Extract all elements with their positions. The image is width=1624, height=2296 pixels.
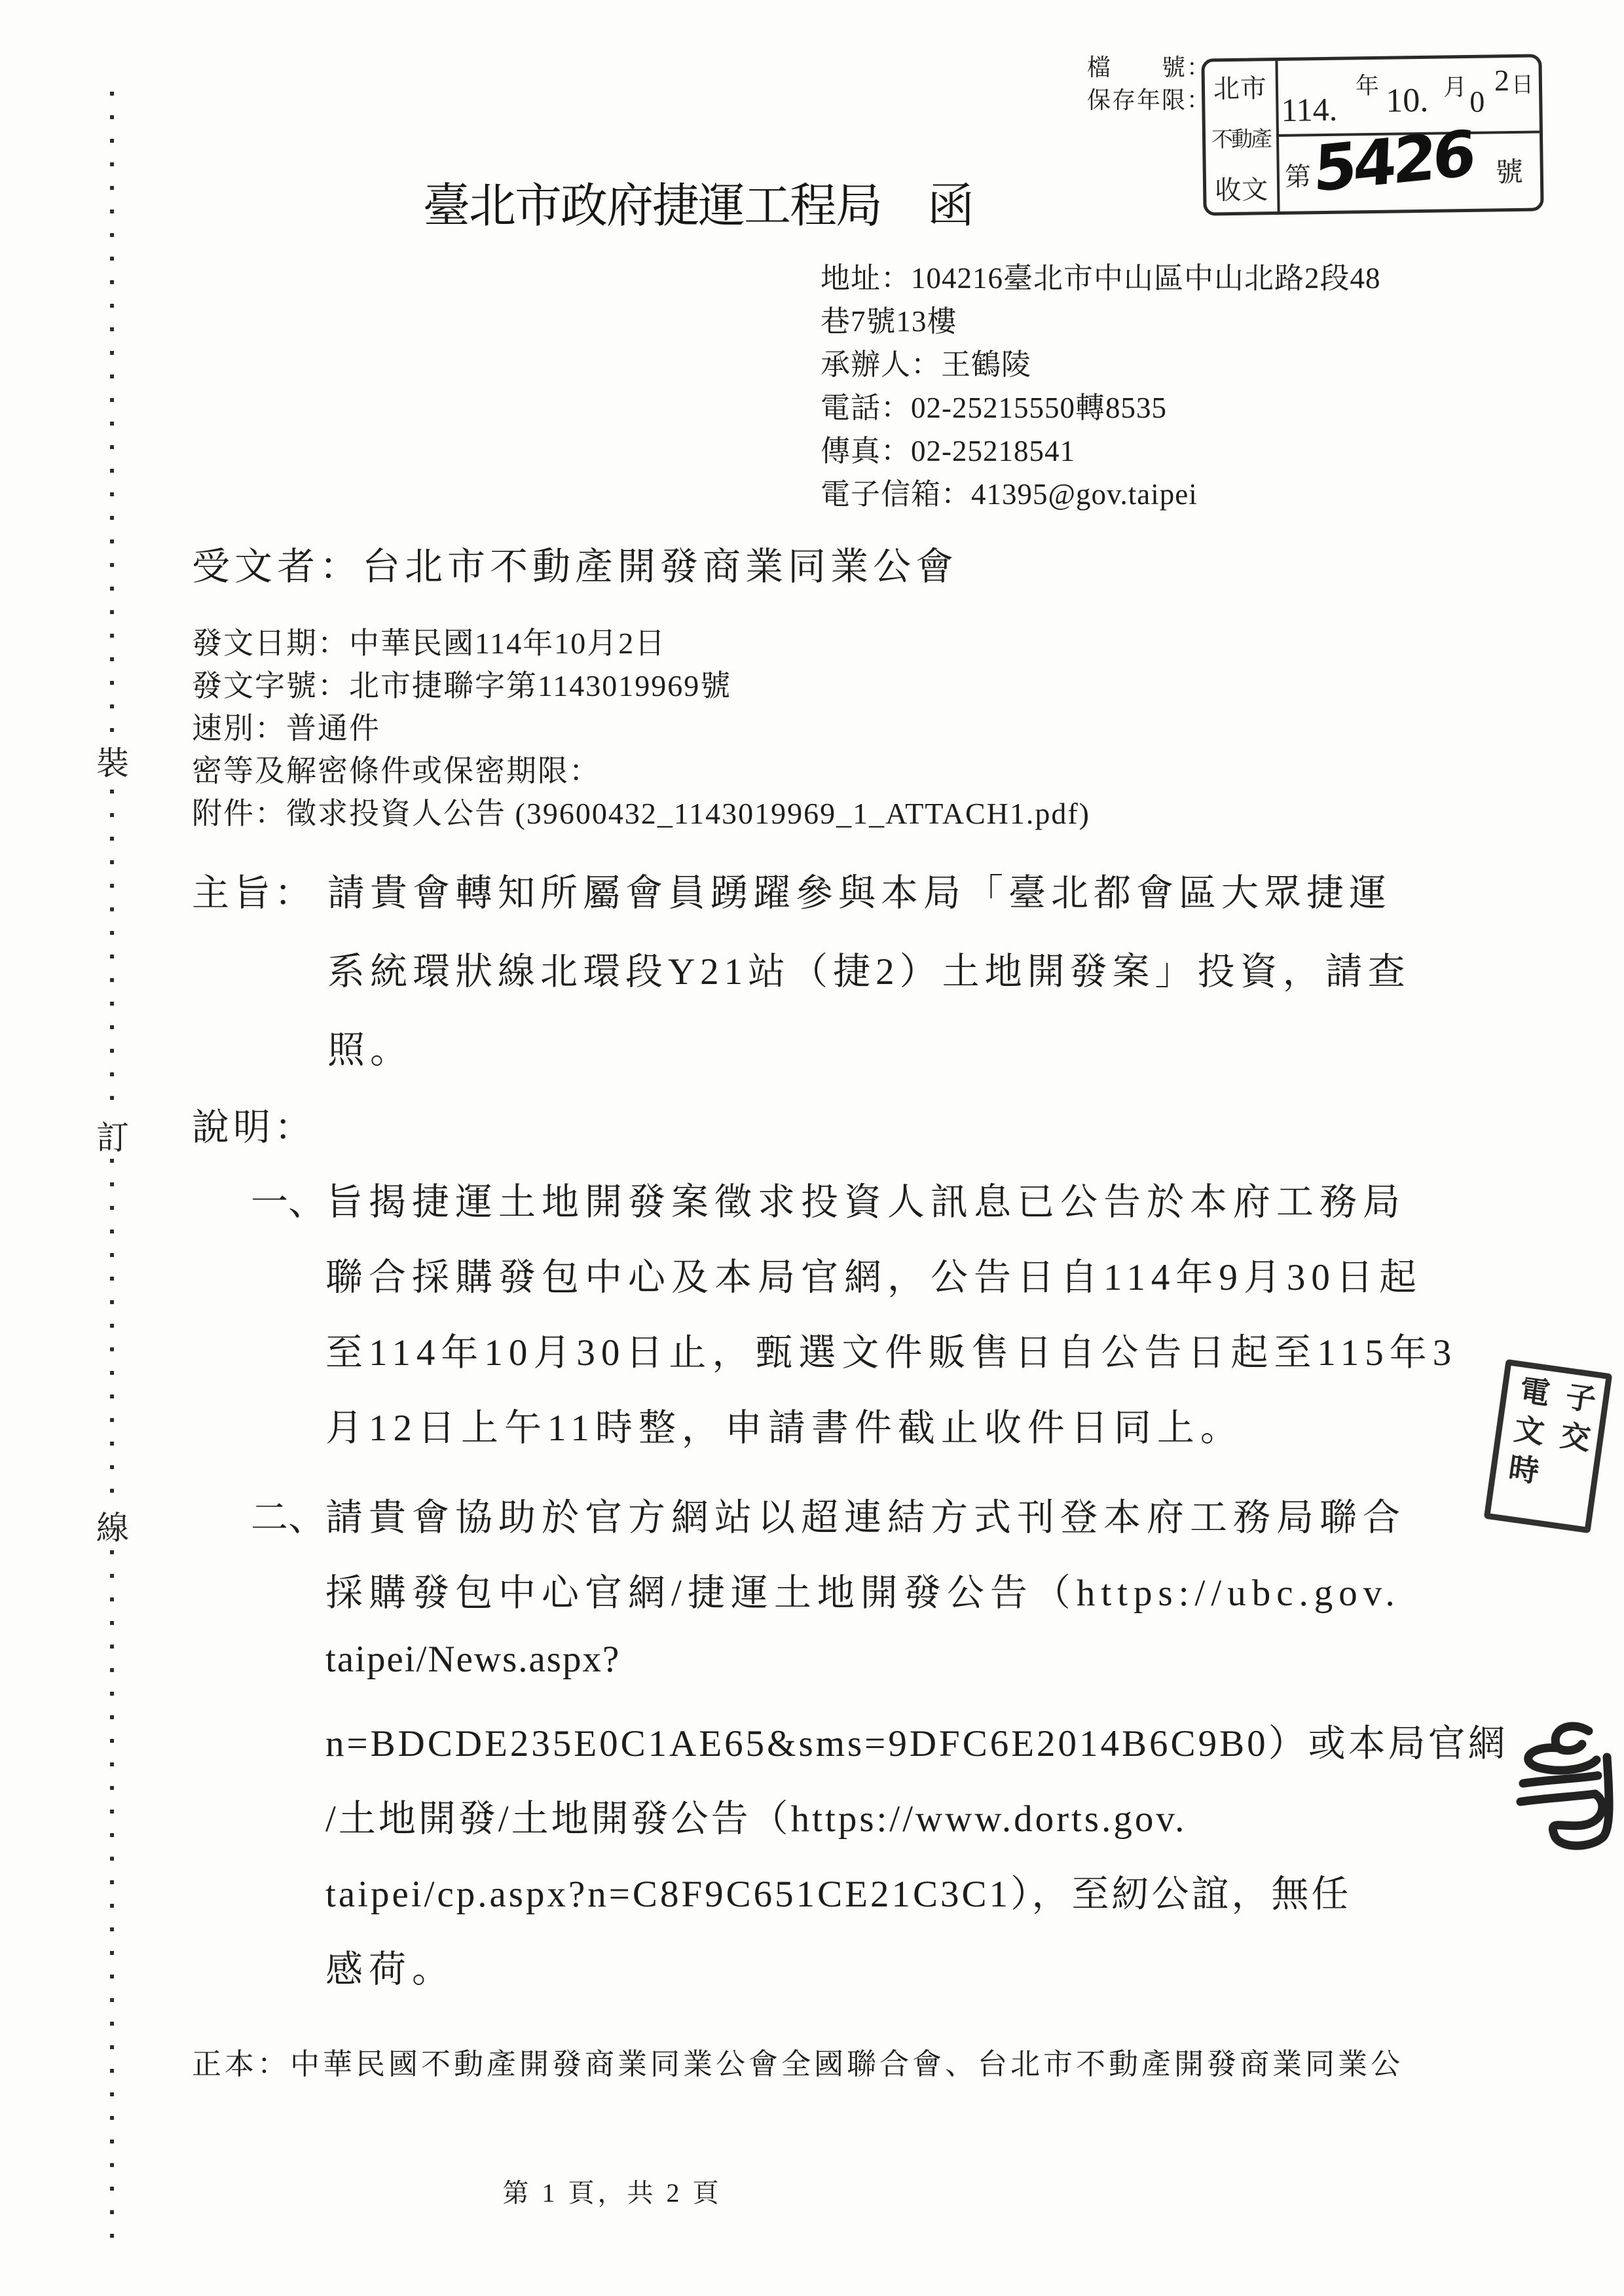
item-two-marker: 二、: [251, 1487, 325, 1541]
explanation-line: 旨揭捷運土地開發案徵求投資人訊息已公告於本府工務局: [325, 1172, 1457, 1247]
document-title: 臺北市政府捷運工程局 函: [423, 168, 973, 236]
subject-text: 請貴會轉知所屬會員踴躍參與本局「臺北都會區大眾捷運 系統環狀線北環段Y21站（捷…: [327, 863, 1411, 1099]
stamp-org-line: 北市: [1213, 67, 1268, 105]
subject-line: 照。: [327, 1020, 1411, 1099]
explanation-line-url: n=BDCDE235E0C1AE65&sms=9DFC6E2014B6C9B0）…: [325, 1713, 1508, 1789]
sender-email-line: 電子信箱：41395@gov.taipei: [821, 473, 1381, 516]
explanation-label: 說明：: [192, 1097, 316, 1151]
serial-number-handwritten: 5426: [1312, 117, 1473, 207]
explanation-line: 請貴會協助於官方網站以超連結方式刊登本府工務局聯合: [325, 1487, 1508, 1563]
serial-suffix-label: 號: [1495, 151, 1523, 191]
explanation-line-url: taipei/News.aspx?: [325, 1638, 1508, 1713]
signature-scribble: [1498, 1719, 1623, 1860]
explanation-line: 聯合採購發包中心及本局官網，公告日自114年9月30日起: [325, 1247, 1457, 1322]
serial-prefix-label: 第: [1284, 156, 1311, 194]
item-one-text: 旨揭捷運土地開發案徵求投資人訊息已公告於本府工務局 聯合採購發包中心及本局官網，…: [325, 1172, 1457, 1473]
binding-dotted-line: [110, 1550, 114, 2257]
binding-dotted-line: [110, 92, 114, 733]
document-meta-block: 發文日期：中華民國114年10月2日 發文字號：北市捷聯字第1143019969…: [192, 622, 1090, 835]
document-page: 裝 訂 線 檔 號： 保存年限： 北市 不動產 收文 114. 年 10. 月 …: [0, 0, 1624, 2296]
explanation-line: 採購發包中心官網/捷運土地開發公告（https://ubc.gov.: [325, 1563, 1508, 1638]
received-stamp-org: 北市 不動產 收文: [1204, 61, 1280, 213]
subject-label: 主旨：: [192, 863, 316, 917]
stamp-org-line: 不動產: [1211, 122, 1271, 153]
issue-number-line: 發文字號：北市捷聯字第1143019969號: [192, 665, 1090, 707]
speed-class-line: 速別：普通件: [192, 707, 1090, 750]
estamp-left-column: 電文時: [1503, 1374, 1549, 1495]
recipient-line: 受文者：台北市不動產開發商業同業公會: [192, 536, 958, 591]
sender-address-line: 巷7號13樓: [821, 300, 1381, 343]
binding-mark-ding: 訂: [91, 1112, 134, 1159]
page-number-footer: 第 1 頁，共 2 頁: [0, 2172, 1225, 2210]
subject-line: 系統環狀線北環段Y21站（捷2）土地開發案」投資，請查: [327, 941, 1411, 1020]
received-day: 0: [1469, 84, 1485, 119]
sender-contact-person-line: 承辦人：王鶴陵: [821, 343, 1381, 386]
received-day: 2: [1494, 63, 1509, 98]
copy-to-line: 正本：中華民國不動產開發商業同業公會全國聯合會、台北市不動產開發商業同業公: [192, 2040, 1403, 2083]
estamp-right-column: 子交: [1555, 1380, 1595, 1462]
attachment-line: 附件：徵求投資人公告 (39600432_1143019969_1_ATTACH…: [192, 792, 1090, 835]
sender-contact-block: 地址：104216臺北市中山區中山北路2段48 巷7號13樓 承辦人：王鶴陵 電…: [821, 257, 1381, 516]
sender-address-line: 地址：104216臺北市中山區中山北路2段48: [821, 257, 1381, 300]
day-unit-label: 日: [1511, 67, 1534, 99]
binding-mark-zhuang: 裝: [91, 737, 134, 784]
file-number-label: 檔 號：: [1087, 51, 1211, 84]
archive-labels: 檔 號： 保存年限：: [1087, 51, 1211, 117]
received-year: 114.: [1281, 90, 1337, 129]
year-unit-label: 年: [1356, 67, 1380, 101]
electronic-exchange-stamp: 子交 電文時: [1484, 1359, 1613, 1533]
received-month: 10.: [1386, 81, 1429, 120]
received-serial-row: 第 5426 號: [1279, 133, 1541, 211]
explanation-line-url: taipei/cp.aspx?n=C8F9C651CE21C3C1），至紉公誼，…: [325, 1864, 1508, 1939]
sender-phone-line: 電話：02-25215550轉8535: [821, 386, 1381, 429]
month-unit-label: 月: [1443, 69, 1467, 102]
explanation-line: 感荷。: [325, 1939, 1508, 2014]
binding-dotted-line: [110, 1159, 114, 1499]
issue-date-line: 發文日期：中華民國114年10月2日: [192, 622, 1090, 665]
stamp-org-line: 收文: [1215, 169, 1269, 207]
explanation-line-url: /土地開發/土地開發公告（https://www.dorts.gov.: [325, 1789, 1508, 1864]
received-stamp: 北市 不動產 收文 114. 年 10. 月 0 2 日 第 5426 號: [1201, 54, 1543, 215]
explanation-line: 至114年10月30日止，甄選文件販售日自公告日起至115年3: [325, 1322, 1457, 1398]
item-one-marker: 一、: [251, 1172, 325, 1226]
binding-mark-xian: 線: [91, 1502, 134, 1549]
subject-line: 請貴會轉知所屬會員踴躍參與本局「臺北都會區大眾捷運: [327, 863, 1411, 941]
retention-period-label: 保存年限：: [1087, 84, 1211, 117]
security-class-line: 密等及解密條件或保密期限：: [192, 750, 1090, 792]
binding-dotted-line: [110, 790, 114, 1109]
item-two-text: 請貴會協助於官方網站以超連結方式刊登本府工務局聯合 採購發包中心官網/捷運土地開…: [325, 1487, 1508, 2014]
explanation-line: 月12日上午11時整，申請書件截止收件日同上。: [325, 1398, 1457, 1473]
sender-fax-line: 傳真：02-25218541: [821, 429, 1381, 473]
